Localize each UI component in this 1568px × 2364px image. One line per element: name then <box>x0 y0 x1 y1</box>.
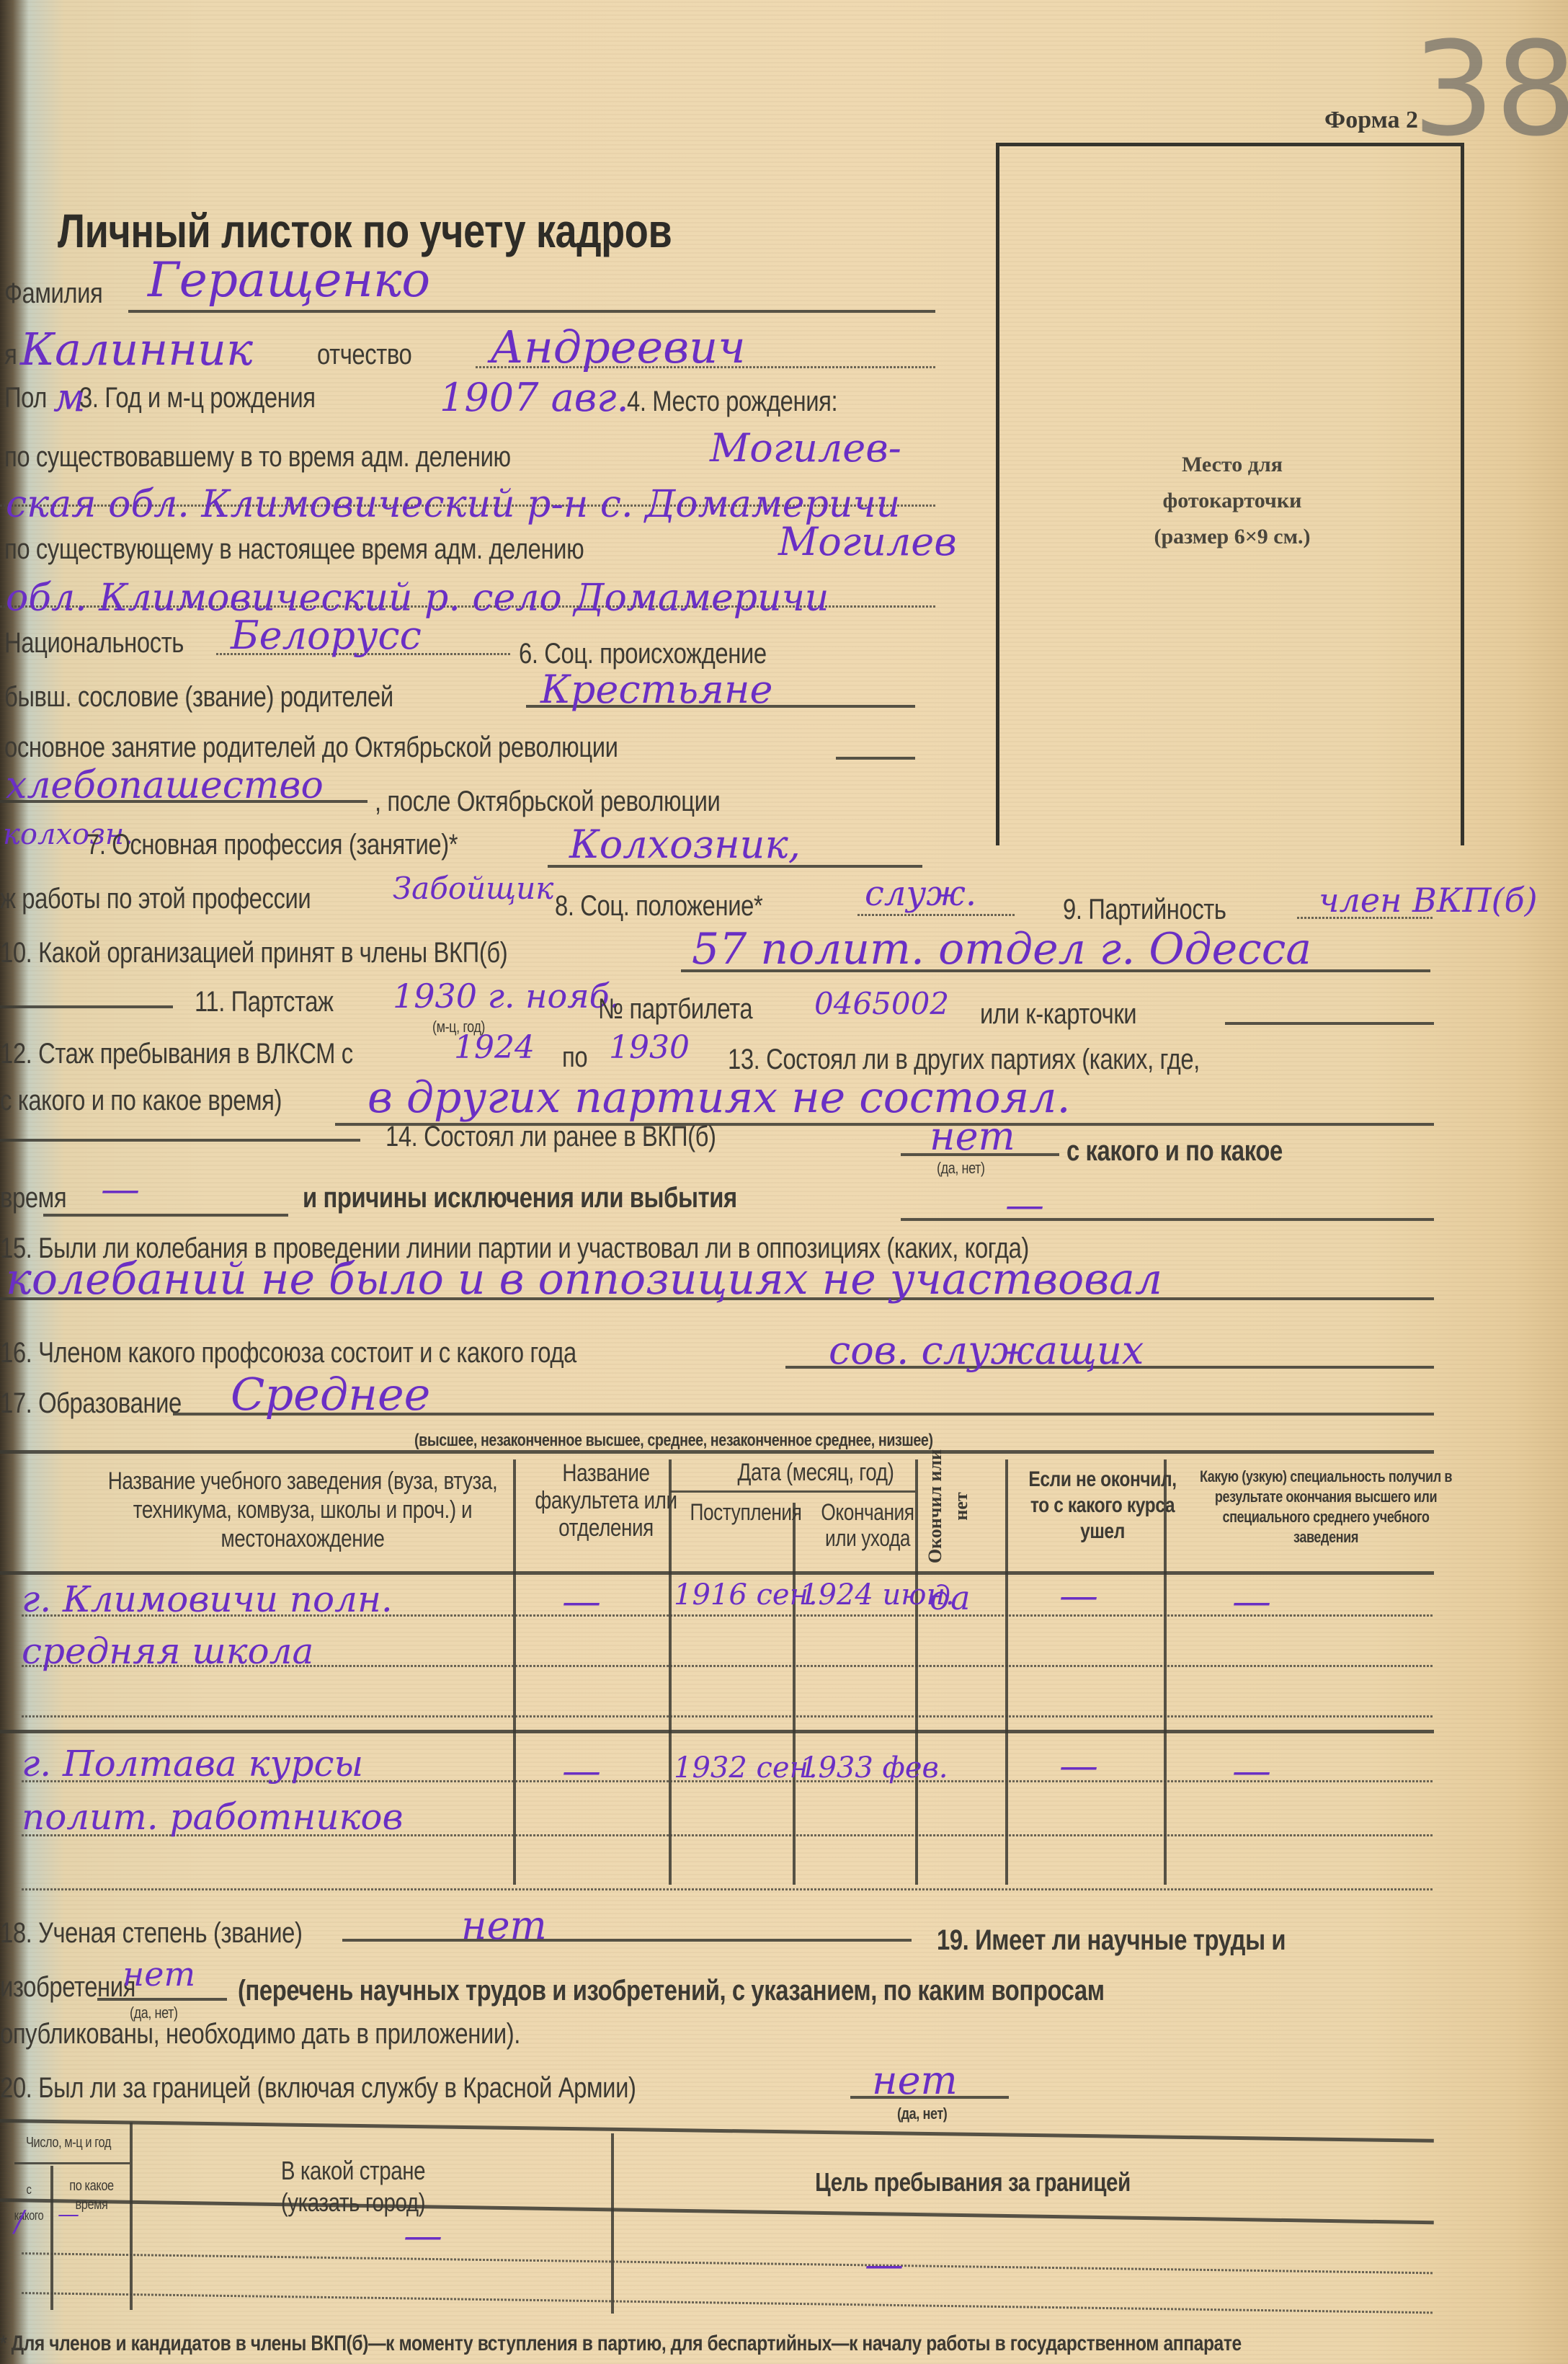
party-tenure-leading-line <box>0 1005 173 1008</box>
edu-header-specialty: Какую (узкую) специальность получил в ре… <box>1196 1467 1456 1547</box>
footnote: * Для членов и кандидатов в члены ВКП(б)… <box>0 2332 1242 2356</box>
earlier-vkp-leading-line <box>0 1139 360 1142</box>
nationality-value[interactable]: Белорусс <box>231 613 422 658</box>
works-value[interactable]: нет <box>122 1955 195 1994</box>
edu-header-bottom <box>0 1571 1434 1575</box>
edu-col-divider <box>1005 1459 1008 1885</box>
edu-row-separator <box>0 1730 1434 1733</box>
works-line <box>97 1998 227 2001</box>
degree-label: 18. Ученая степень (звание) <box>0 1917 303 1950</box>
party-card-label-after: или к-карточки <box>980 998 1136 1031</box>
edu-header-finished: Окончания или ухода <box>808 1499 927 1551</box>
birthplace-now-value-1[interactable]: Могилев <box>778 519 957 564</box>
abroad-value[interactable]: нет <box>872 2058 958 2103</box>
abroad-date-subline <box>14 2162 130 2164</box>
parents-before-label: основное занятие родителей до Октябрьско… <box>4 732 618 764</box>
abroad-header-country: В какой стране (указать город) <box>259 2155 447 2218</box>
party-value[interactable]: член ВКП(б) <box>1319 881 1538 920</box>
education-hint: (высшее, незаконченное высшее, среднее, … <box>414 1431 933 1451</box>
union-value[interactable]: сов. служащих <box>829 1328 1144 1373</box>
edu-faculty-2[interactable]: — <box>562 1748 601 1793</box>
surname-line <box>128 310 935 313</box>
edu-row-line <box>22 1888 1434 1890</box>
edu-header-institution: Название учебного заведения (вуза, втуза… <box>78 1467 527 1553</box>
edu-header-date: Дата (месяц, год) <box>698 1459 934 1485</box>
abroad-sub: (да, нет) <box>897 2105 947 2123</box>
parents-before-line <box>836 757 915 760</box>
other-parties-label: 13. Состоял ли в других партиях (каких, … <box>728 1044 1200 1076</box>
abroad-country-1[interactable]: — <box>404 2213 442 2258</box>
nationality-label: Национальность <box>4 627 184 659</box>
works-label-4: опубликованы, необходимо дать в приложен… <box>0 2018 520 2050</box>
birthplace-now-label: по существующему в настоящее время адм. … <box>4 533 584 566</box>
edu-header-entered: Поступления <box>687 1499 805 1525</box>
party-tenure-value[interactable]: 1930 г. нояб. <box>393 977 620 1016</box>
edu-col-divider <box>793 1503 796 1885</box>
other-parties-label-2: с какого и по какое время) <box>0 1085 282 1117</box>
profession-value[interactable]: Колхозник, <box>569 822 801 867</box>
komsomol-label: 12. Стаж пребывания в ВЛКСМ с <box>0 1038 353 1070</box>
edu-header-faculty: Название факультета или отделения <box>533 1459 680 1542</box>
expulsion-line-2 <box>901 1218 1434 1221</box>
expulsion-label-2: и причины исключения или выбытия <box>303 1182 737 1214</box>
birthplace-then-value-2[interactable]: ская обл. Климовический р-н с. Домамерич… <box>6 483 900 526</box>
social-position-label: 8. Соц. положение* <box>555 890 762 923</box>
surname-value[interactable]: Геращенко <box>148 252 430 308</box>
party-tenure-label: 11. Партстаж <box>195 986 334 1018</box>
edu-row-line <box>22 1715 1434 1718</box>
profession-years-label: ж работы по этой профессии <box>0 883 311 915</box>
abroad-table-top <box>0 2119 1434 2143</box>
edu-faculty-1[interactable]: — <box>562 1578 601 1624</box>
name-label: я <box>4 339 17 371</box>
party-org-label: 10. Какой организацией принят в члены ВК… <box>0 937 507 969</box>
party-card-value[interactable]: 0465002 <box>814 986 949 1021</box>
edu-table-top <box>0 1450 1434 1454</box>
edu-course-left-1[interactable]: — <box>1059 1573 1098 1618</box>
birth-value[interactable]: 1907 авг. <box>440 375 629 420</box>
abroad-col-divider <box>50 2166 53 2310</box>
sex-label: Пол <box>4 382 47 414</box>
edu-institution-2b[interactable]: полит. работников <box>22 1796 404 1838</box>
profession-years-value[interactable]: Забойщик <box>393 871 553 906</box>
abroad-col-divider <box>611 2133 614 2314</box>
patronymic-value[interactable]: Андреевич <box>490 321 746 373</box>
birthplace-then-label: по существовавшему в то время адм. делен… <box>4 441 511 474</box>
abroad-col-divider <box>130 2123 133 2310</box>
party-card-label: № партбилета <box>598 993 752 1026</box>
union-label: 16. Членом какого профсоюза состоит и с … <box>0 1337 576 1369</box>
page-title: Личный листок по учету кадров <box>58 203 672 258</box>
birthplace-then-value-1[interactable]: Могилев- <box>710 425 901 471</box>
edu-entered-2[interactable]: 1932 сен. <box>674 1751 818 1785</box>
estate-value[interactable]: Крестьяне <box>540 667 772 712</box>
edu-graduated-1[interactable]: да <box>930 1578 971 1617</box>
works-label: 19. Имеет ли научные труды и <box>937 1924 1286 1957</box>
abroad-to-1[interactable]: — <box>58 2202 79 2227</box>
edu-course-left-2[interactable]: — <box>1059 1743 1098 1788</box>
edu-specialty-2[interactable]: — <box>1232 1748 1271 1793</box>
earlier-vkp-value[interactable]: нет <box>930 1114 1015 1159</box>
komsomol-to-label: по <box>562 1041 587 1074</box>
edu-specialty-1[interactable]: — <box>1232 1578 1271 1624</box>
birthplace-label: 4. Место рождения: <box>627 386 837 418</box>
photo-label: Место для фотокарточки (размер 6×9 см.) <box>1095 447 1369 555</box>
earlier-vkp-sub: (да, нет) <box>937 1159 985 1178</box>
edu-header-course-left: Если не окончил, то с какого курса ушел <box>1025 1467 1179 1545</box>
education-value[interactable]: Среднее <box>231 1368 430 1421</box>
expulsion-value[interactable]: — <box>101 1166 140 1212</box>
patronymic-label: отчество <box>317 339 411 371</box>
degree-line <box>342 1939 912 1942</box>
abroad-row-line <box>22 2252 1434 2274</box>
surname-label: Фамилия <box>4 277 102 310</box>
degree-value[interactable]: нет <box>461 1903 547 1948</box>
edu-institution-1a[interactable]: г. Климовичи полн. <box>22 1578 393 1620</box>
birth-label: 3. Год и м-ц рождения <box>79 382 316 414</box>
expulsion-line <box>43 1214 288 1217</box>
expulsion-value-2[interactable]: — <box>1005 1182 1044 1227</box>
abroad-row-line <box>22 2292 1434 2314</box>
photo-label-line: фотокарточки <box>1095 483 1369 519</box>
abroad-from-1[interactable]: / <box>14 2205 24 2239</box>
party-label: 9. Партийность <box>1063 894 1226 926</box>
edu-institution-1b[interactable]: средняя школа <box>22 1630 313 1672</box>
party-org-value[interactable]: 57 полит. отдел г. Одесса <box>692 924 1311 974</box>
photo-label-line: Место для <box>1095 447 1369 483</box>
edu-header-graduated: Окончил или нет <box>922 1449 974 1564</box>
abroad-header-date: Число, м-ц и год <box>18 2130 118 2156</box>
party-card-kcard-line <box>1225 1022 1434 1025</box>
abroad-label: 20. Был ли за границей (включая службу в… <box>0 2072 636 2105</box>
social-origin-label: 6. Соц. происхождение <box>519 638 767 670</box>
komsomol-to[interactable]: 1930 <box>609 1029 690 1066</box>
abroad-purpose-1[interactable]: — <box>865 2241 904 2287</box>
photo-label-line: (размер 6×9 см.) <box>1095 519 1369 555</box>
parents-after-label: , после Октябрьской революции <box>375 786 720 818</box>
name-value[interactable]: Калинник <box>20 323 253 376</box>
education-label: 17. Образование <box>0 1387 182 1420</box>
abroad-header-bottom <box>0 2198 1434 2224</box>
abroad-header-purpose: Цель пребывания за границей <box>796 2169 1150 2195</box>
social-position-line <box>857 914 1016 916</box>
estate-label: бывш. сословие (звание) родителей <box>4 681 393 714</box>
earlier-vkp-label-after: с какого и по какое <box>1066 1135 1283 1168</box>
opposition-value[interactable]: колебаний не было и в оппозициях не учас… <box>6 1254 1162 1305</box>
social-position-value[interactable]: служ. <box>865 874 976 914</box>
edu-entered-1[interactable]: 1916 сен. <box>674 1578 818 1612</box>
profession-label: 7. Основная профессия (занятие)* <box>86 829 458 861</box>
edu-institution-2a[interactable]: г. Полтава курсы <box>22 1743 363 1785</box>
form-number: Форма 2 <box>1324 107 1418 134</box>
edu-date-subline <box>670 1490 915 1493</box>
komsomol-from[interactable]: 1924 <box>454 1029 535 1066</box>
earlier-vkp-label: 14. Состоял ли ранее в ВКП(б) <box>386 1121 716 1153</box>
parents-before-value[interactable]: хлебопашество <box>6 764 324 807</box>
works-label-3: (перечень научных трудов и изобретений, … <box>238 1975 1105 2007</box>
edu-finished-2[interactable]: 1933 фев. <box>800 1751 948 1785</box>
expulsion-label: время <box>0 1182 66 1214</box>
